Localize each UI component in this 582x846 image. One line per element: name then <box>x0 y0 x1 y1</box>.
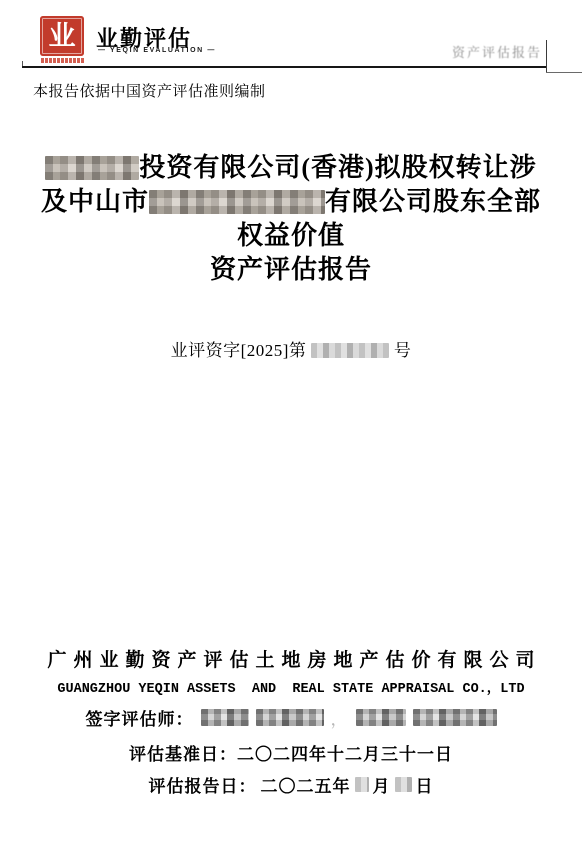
header-rule-vertical <box>546 40 547 73</box>
standards-notice: 本报告依据中国资产评估准则编制 <box>33 80 266 101</box>
base-date-label: 评估基准日： <box>129 740 237 765</box>
title-line-1-text: 投资有限公司(香港)拟股权转让涉 <box>139 153 536 182</box>
redacted-appraiser-id-2 <box>413 709 497 726</box>
report-date-year: 二〇二五年 <box>261 772 351 797</box>
title-line-1: 投资有限公司(香港)拟股权转让涉 <box>0 151 582 185</box>
title-line-2: 及中山市有限公司股东全部 <box>0 185 582 219</box>
redacted-report-month <box>355 777 369 792</box>
redacted-appraiser-name-1 <box>201 709 249 726</box>
report-date-label: 评估报告日： <box>149 772 257 797</box>
company-seal-logo: 业 <box>40 16 84 56</box>
report-cover-page: 业 业勤评估 — YEQIN EVALUATION — 资产评估报告 本报告依据… <box>0 0 582 846</box>
base-date-line: 评估基准日： 二〇二四年十二月三十一日 <box>0 740 582 765</box>
header-rule-right <box>546 72 582 73</box>
seal-small-text <box>41 58 84 63</box>
redacted-report-day <box>395 777 412 792</box>
title-line-2-prefix: 及中山市 <box>41 187 149 216</box>
seal-character: 业 <box>49 23 76 50</box>
report-number-prefix: 业评资字[2025]第 <box>171 341 307 360</box>
redacted-appraiser-name-2 <box>356 709 406 726</box>
company-name-cn: 广州业勤资产评估土地房地产估价有限公司 <box>0 645 582 672</box>
signer-label: 签字评估师： <box>86 705 194 730</box>
title-line-4: 资产评估报告 <box>0 253 582 287</box>
base-date-value: 二〇二四年十二月三十一日 <box>237 740 453 765</box>
signer-line: 签字评估师： ， <box>0 705 582 730</box>
signer-separator: ， <box>331 705 349 730</box>
brand-subtitle: — YEQIN EVALUATION — <box>98 47 216 54</box>
title-line-3: 权益价值 <box>0 219 582 253</box>
redacted-report-number <box>311 343 389 358</box>
report-number: 业评资字[2025]第 号 <box>0 336 582 361</box>
header-rule <box>22 66 546 68</box>
redacted-company-name-1 <box>45 156 139 180</box>
company-name-en: GUANGZHOU YEQIN ASSETS AND REAL STATE AP… <box>0 676 582 697</box>
redacted-appraiser-id-1 <box>256 709 324 726</box>
report-date-line: 评估报告日： 二〇二五年 月 日 <box>0 772 582 797</box>
day-char: 日 <box>416 772 434 797</box>
header-rule-left-tick <box>22 61 23 66</box>
redacted-company-name-2 <box>149 190 325 214</box>
title-line-2-suffix: 有限公司股东全部 <box>325 187 541 216</box>
report-number-suffix: 号 <box>394 341 412 360</box>
month-char: 月 <box>373 772 391 797</box>
corner-report-label: 资产评估报告 <box>452 42 542 61</box>
report-title: 投资有限公司(香港)拟股权转让涉 及中山市有限公司股东全部 权益价值 资产评估报… <box>0 151 582 287</box>
